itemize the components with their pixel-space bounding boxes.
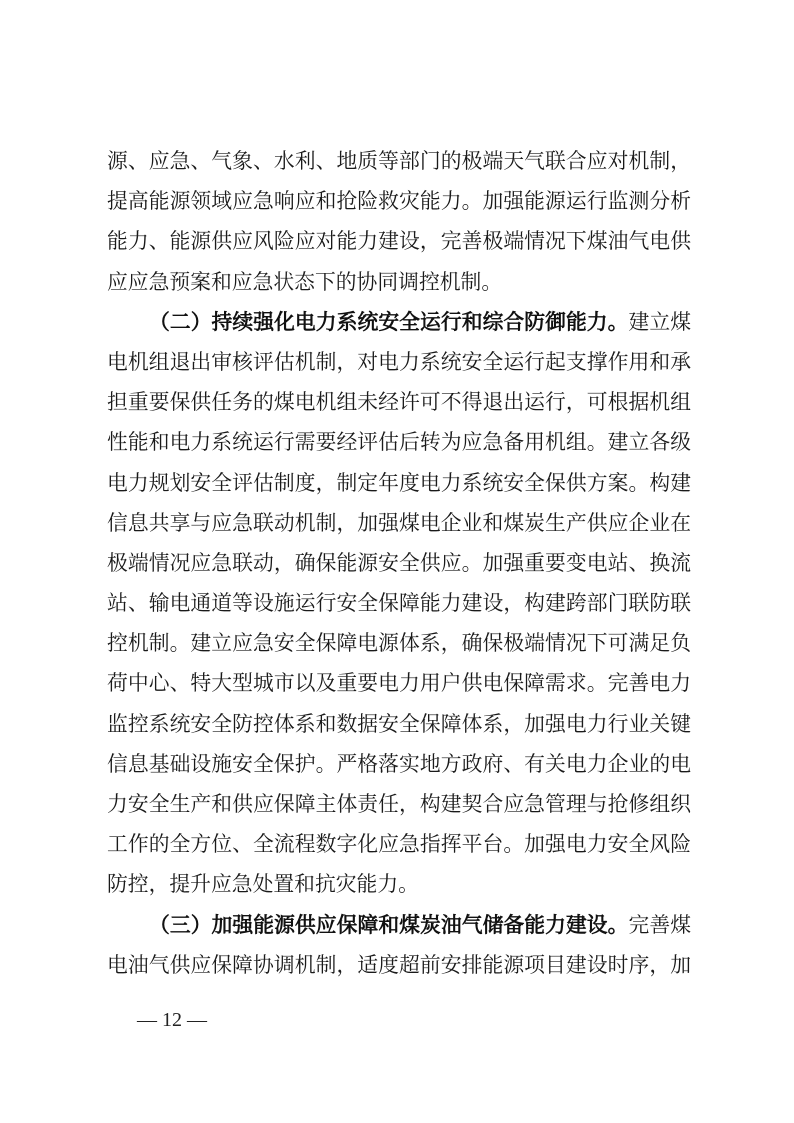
text-line: 提高能源领域应急响应和抢险救灾能力。加强能源运行监测分析	[107, 181, 691, 221]
text-line: 信息共享与应急联动机制，加强煤电企业和煤炭生产供应企业在	[107, 503, 691, 543]
text-line: 防控，提升应急处置和抗灾能力。	[107, 864, 691, 904]
text-line: 能力、能源供应风险应对能力建设，完善极端情况下煤油气电供	[107, 221, 691, 261]
body-text: 源、应急、气象、水利、地质等部门的极端天气联合应对机制， 提高能源领域应急响应和…	[107, 141, 691, 985]
text-line: 担重要保供任务的煤电机组未经许可不得退出运行，可根据机组	[107, 382, 691, 422]
heading-tail-text: 建立煤	[629, 310, 692, 334]
text-line: 荷中心、特大型城市以及重要电力用户供电保障需求。完善电力	[107, 663, 691, 703]
section-heading-3: （三）加强能源供应保障和煤炭油气储备能力建设。	[149, 913, 629, 937]
heading-tail-text: 完善煤	[629, 913, 692, 937]
text-line: 监控系统安全防控体系和数据安全保障体系，加强电力行业关键	[107, 704, 691, 744]
document-page: 源、应急、气象、水利、地质等部门的极端天气联合应对机制， 提高能源领域应急响应和…	[0, 0, 794, 1123]
text-line: 性能和电力系统运行需要经评估后转为应急备用机组。建立各级	[107, 422, 691, 462]
page-number: — 12 —	[137, 1006, 207, 1034]
text-line: 极端情况应急联动，确保能源安全供应。加强重要变电站、换流	[107, 543, 691, 583]
text-line: 工作的全方位、全流程数字化应急指挥平台。加强电力安全风险	[107, 824, 691, 864]
section-heading-line: （三）加强能源供应保障和煤炭油气储备能力建设。完善煤	[107, 905, 691, 945]
text-line: 控机制。建立应急安全保障电源体系，确保极端情况下可满足负	[107, 623, 691, 663]
text-line: 站、输电通道等设施运行安全保障能力建设，构建跨部门联防联	[107, 583, 691, 623]
text-line: 电力规划安全评估制度，制定年度电力系统安全保供方案。构建	[107, 463, 691, 503]
text-line: 应应急预案和应急状态下的协同调控机制。	[107, 262, 691, 302]
text-line: 电油气供应保障协调机制，适度超前安排能源项目建设时序，加	[107, 945, 691, 985]
section-heading-line: （二）持续强化电力系统安全运行和综合防御能力。建立煤	[107, 302, 691, 342]
text-line: 电机组退出审核评估机制，对电力系统安全运行起支撑作用和承	[107, 342, 691, 382]
text-line: 力安全生产和供应保障主体责任，构建契合应急管理与抢修组织	[107, 784, 691, 824]
text-line: 信息基础设施安全保护。严格落实地方政府、有关电力企业的电	[107, 744, 691, 784]
text-line: 源、应急、气象、水利、地质等部门的极端天气联合应对机制，	[107, 141, 691, 181]
section-heading-2: （二）持续强化电力系统安全运行和综合防御能力。	[149, 310, 629, 334]
